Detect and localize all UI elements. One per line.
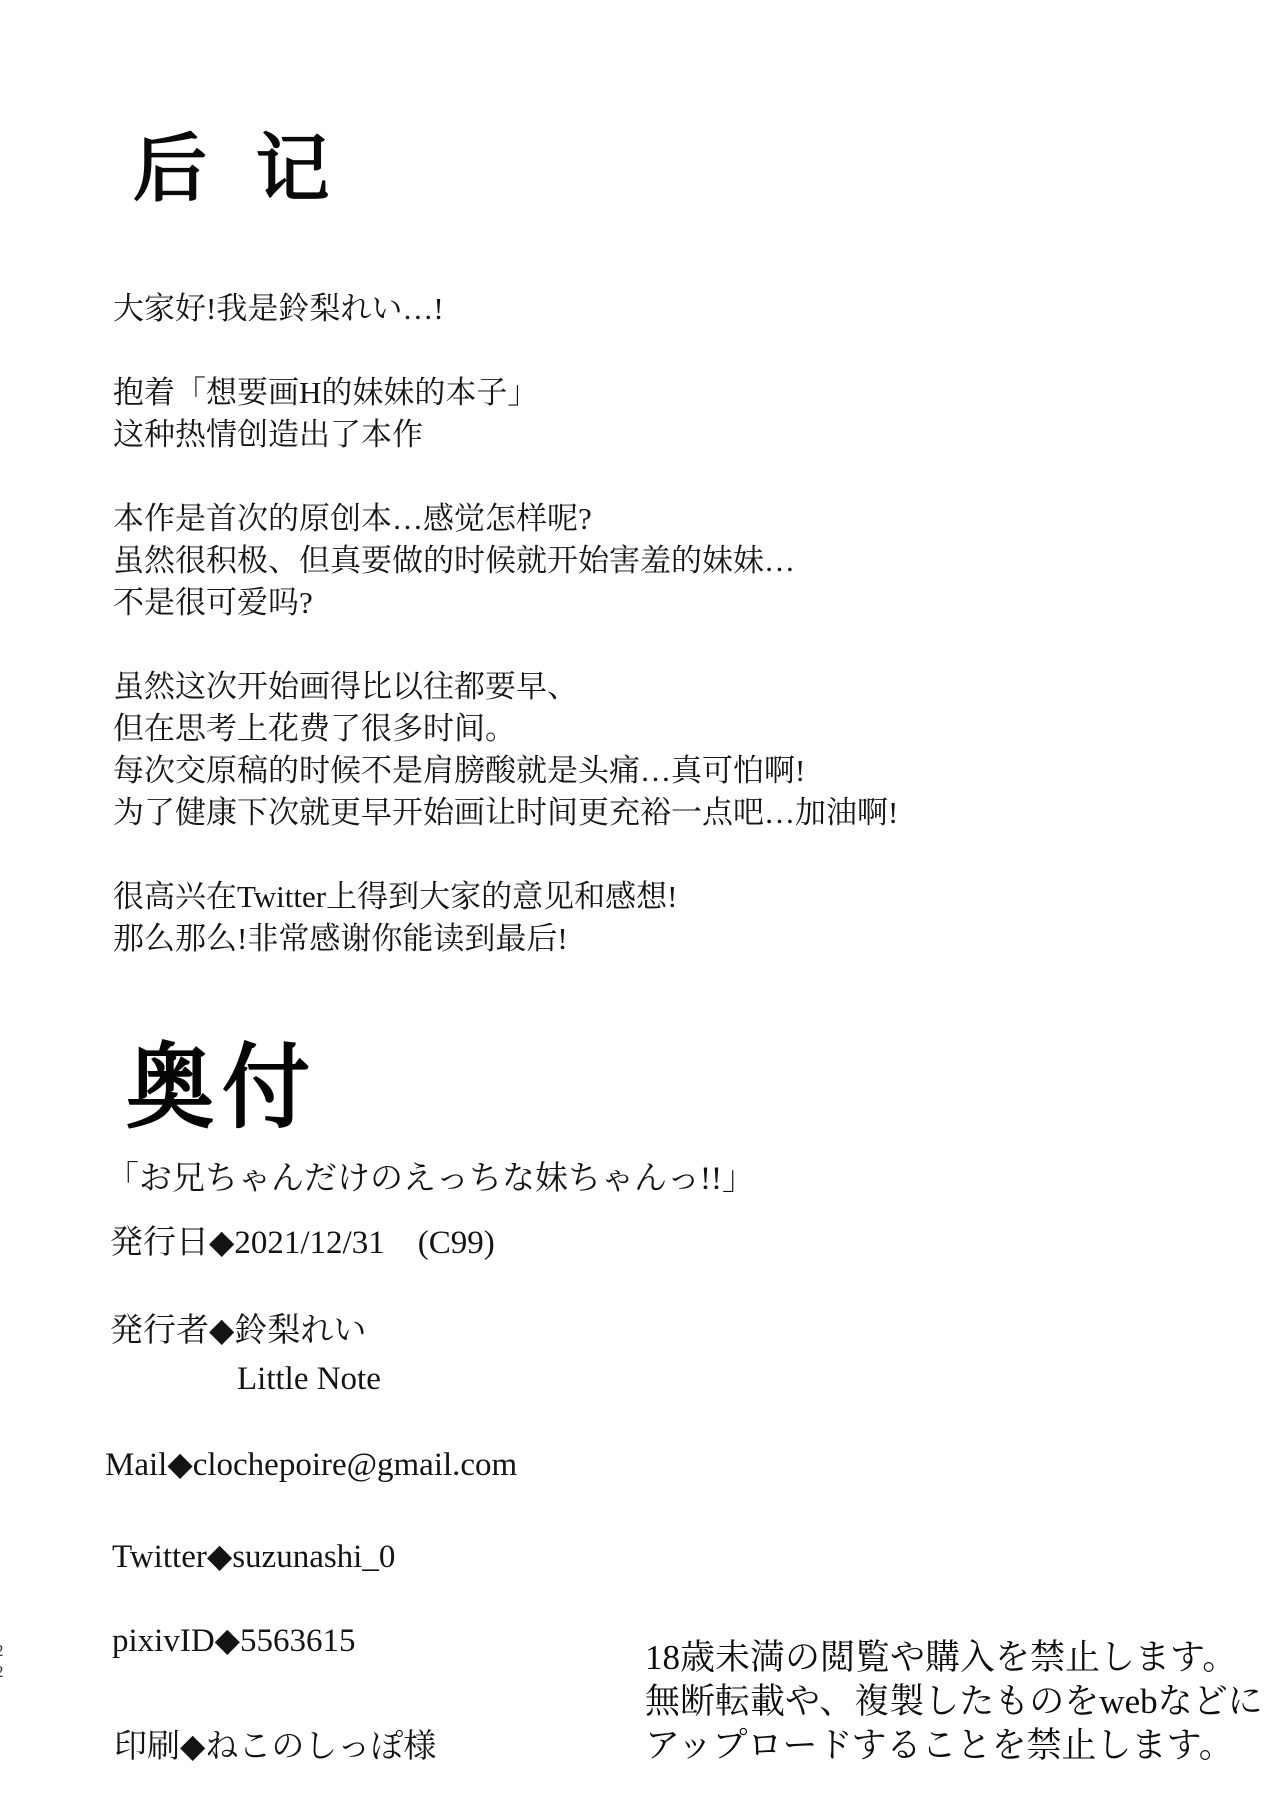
page-number-digit: 2	[0, 1640, 4, 1661]
disclaimer-line: アップロードすることを禁止します。	[645, 1724, 1263, 1768]
twitter-handle: Twitter◆suzunashi_0	[112, 1538, 395, 1578]
afterword-body: 大家好!我是鈴梨れい…! 抱着「想要画H的妹妹的本子」 这种热情创造出了本作 本…	[113, 288, 1153, 960]
mail-address: Mail◆clochepoire@gmail.com	[105, 1446, 517, 1486]
disclaimer-line: 無断転載や、複製したものをwebなどに	[645, 1680, 1263, 1724]
age-disclaimer: 18歳未満の閲覧や購入を禁止します。 無断転載や、複製したものをwebなどに ア…	[645, 1636, 1263, 1768]
afterword-line: 虽然这次开始画得比以往都要早、	[113, 666, 1153, 708]
afterword-line: 每次交原稿的时候不是肩膀酸就是头痛…真可怕啊!	[113, 750, 1153, 792]
pixiv-id: pixivID◆5563615	[112, 1622, 356, 1662]
afterword-line: 为了健康下次就更早开始画让时间更充裕一点吧…加油啊!	[113, 792, 1153, 834]
paragraph-gap	[113, 456, 1153, 498]
paragraph-gap	[113, 624, 1153, 666]
book-title: 「お兄ちゃんだけのえっちな妹ちゃんっ!!」	[106, 1160, 755, 1200]
afterword-heading: 后 记	[133, 128, 344, 209]
afterword-line: 但在思考上花费了很多时间。	[113, 708, 1153, 750]
scanned-afterword-page: 后 记 大家好!我是鈴梨れい…! 抱着「想要画H的妹妹的本子」 这种热情创造出了…	[0, 0, 1280, 1808]
circle-name: Little Note	[237, 1360, 381, 1400]
paragraph-gap	[113, 834, 1153, 876]
afterword-line: 本作是首次的原创本…感觉怎样呢?	[113, 498, 1153, 540]
afterword-line: 抱着「想要画H的妹妹的本子」	[113, 372, 1153, 414]
printer-credit: 印刷◆ねこのしっぽ様	[114, 1728, 436, 1768]
page-number-digit: 2	[0, 1661, 4, 1682]
publisher-name: 発行者◆鈴梨れい	[110, 1312, 366, 1352]
afterword-line: 不是很可爱吗?	[113, 582, 1153, 624]
colophon-heading: 奥付	[126, 1038, 318, 1140]
paragraph-gap	[113, 330, 1153, 372]
afterword-line: 大家好!我是鈴梨れい…!	[113, 288, 1153, 330]
afterword-line: 虽然很积极、但真要做的时候就开始害羞的妹妹…	[113, 540, 1153, 582]
afterword-line: 那么那么!非常感谢你能读到最后!	[113, 918, 1153, 960]
disclaimer-line: 18歳未満の閲覧や購入を禁止します。	[645, 1636, 1263, 1680]
afterword-line: 很高兴在Twitter上得到大家的意见和感想!	[113, 876, 1153, 918]
afterword-line: 这种热情创造出了本作	[113, 414, 1153, 456]
page-number: 2 2	[0, 1640, 4, 1682]
publish-date: 発行日◆2021/12/31 (C99)	[110, 1224, 495, 1264]
